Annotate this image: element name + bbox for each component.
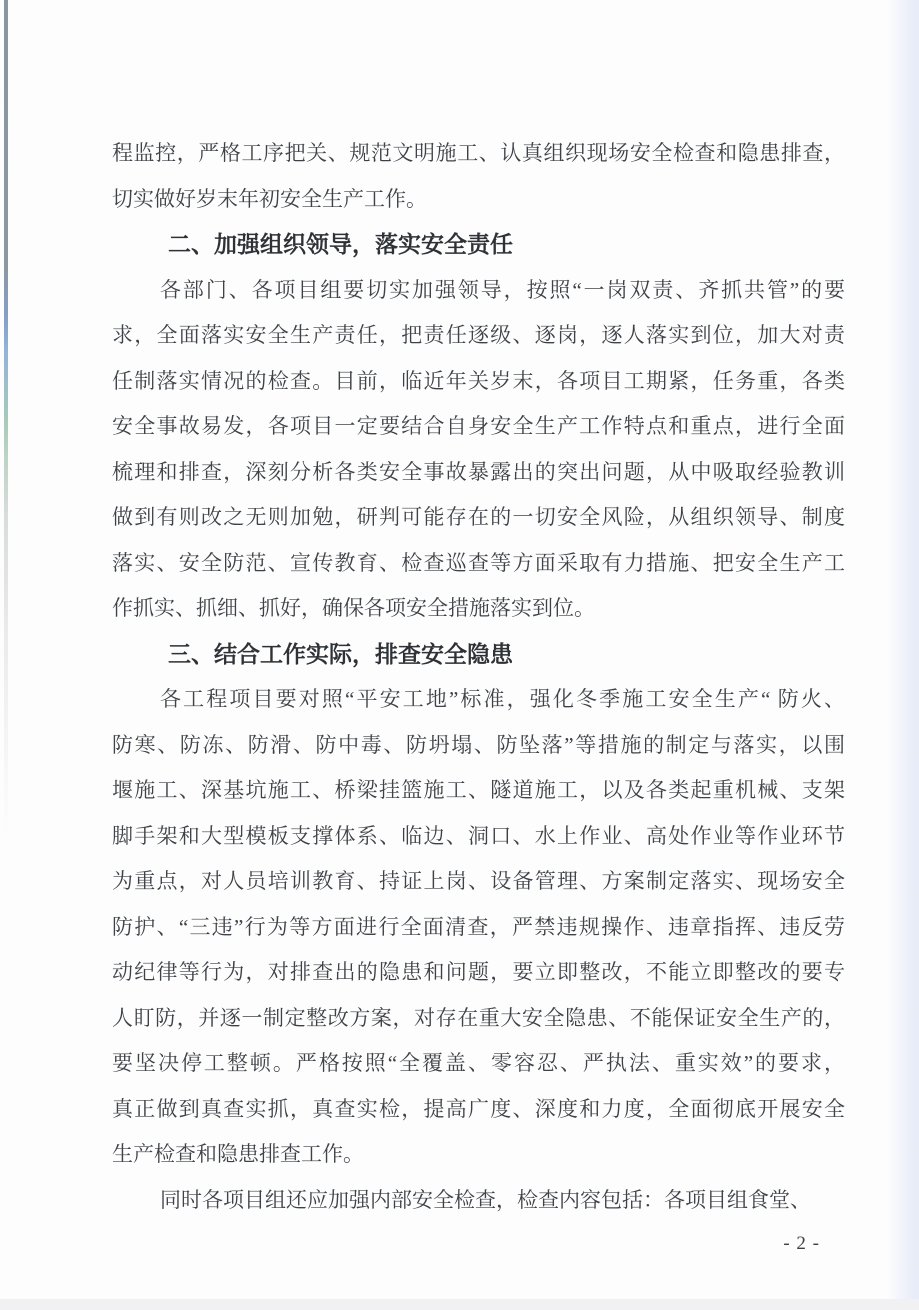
text-line: 切实做好岁末年初安全生产工作。: [112, 177, 845, 223]
text-line: 生产检查和隐患排查工作。: [112, 1132, 845, 1178]
text-line: 程监控，严格工序把关、规范文明施工、认真组织现场安全检查和隐患排查，: [112, 131, 845, 177]
text-line: 为重点，对人员培训教育、持证上岗、设备管理、方案制定落实、现场安全: [112, 859, 845, 905]
document-page: 程监控，严格工序把关、规范文明施工、认真组织现场安全检查和隐患排查， 切实做好岁…: [0, 0, 919, 1310]
right-edge-scan-shadow: [887, 0, 919, 1310]
body-paragraph-internal-check: 同时各项目组还应加强内部安全检查，检查内容包括：各项目组食堂、: [112, 1178, 845, 1224]
text-line: 防寒、防冻、防滑、防中毒、防坍塌、防坠落”等措施的制定与落实，以围: [112, 723, 845, 769]
text-line: 梳理和排查，深刻分析各类安全事故暴露出的突出问题，从中吸取经验教训: [112, 450, 845, 496]
text-line: 各工程项目要对照“平安工地”标准，强化冬季施工安全生产“ 防火、: [112, 677, 845, 723]
section-heading-3: 三、结合工作实际，排查安全隐患: [112, 632, 845, 678]
document-body: 程监控，严格工序把关、规范文明施工、认真组织现场安全检查和隐患排查， 切实做好岁…: [112, 131, 845, 1223]
heading-line: 三、结合工作实际，排查安全隐患: [112, 632, 845, 678]
heading-line: 二、加强组织领导，落实安全责任: [112, 222, 845, 268]
text-line: 安全事故易发，各项目一定要结合自身安全生产工作特点和重点，进行全面: [112, 404, 845, 450]
body-paragraph-inspection: 各工程项目要对照“平安工地”标准，强化冬季施工安全生产“ 防火、 防寒、防冻、防…: [112, 677, 845, 1178]
text-line: 做到有则改之无则加勉，研判可能存在的一切安全风险，从组织领导、制度: [112, 495, 845, 541]
text-line: 落实、安全防范、宣传教育、检查巡查等方面采取有力措施、把安全生产工: [112, 541, 845, 587]
text-line: 真正做到真查实抓，真查实检，提高广度、深度和力度，全面彻底开展安全: [112, 1087, 845, 1133]
text-line: 脚手架和大型模板支撑体系、临边、洞口、水上作业、高处作业等作业环节: [112, 814, 845, 860]
text-line: 要坚决停工整顿。严格按照“全覆盖、零容忍、严执法、重实效”的要求，: [112, 1041, 845, 1087]
section-heading-2: 二、加强组织领导，落实安全责任: [112, 222, 845, 268]
paragraph-continuation: 程监控，严格工序把关、规范文明施工、认真组织现场安全检查和隐患排查， 切实做好岁…: [112, 131, 845, 222]
text-line: 求，全面落实安全生产责任，把责任逐级、逐岗，逐人落实到位，加大对责: [112, 313, 845, 359]
text-line: 动纪律等行为，对排查出的隐患和问题，要立即整改，不能立即整改的要专: [112, 950, 845, 996]
text-line: 各部门、各项目组要切实加强领导，按照“一岗双责、齐抓共管”的要: [112, 268, 845, 314]
left-edge-scan-line: [4, 0, 8, 835]
bottom-edge-scan-shadow: [0, 1299, 919, 1310]
page-number: - 2 -: [783, 1233, 820, 1255]
text-line: 防护、“三违”行为等方面进行全面清查，严禁违规操作、违章指挥、违反劳: [112, 905, 845, 951]
text-line: 人盯防，并逐一制定整改方案，对存在重大安全隐患、不能保证安全生产的，: [112, 996, 845, 1042]
text-line: 作抓实、抓细、抓好，确保各项安全措施落实到位。: [112, 586, 845, 632]
text-line: 任制落实情况的检查。目前，临近年关岁末，各项目工期紧，任务重，各类: [112, 359, 845, 405]
text-line: 同时各项目组还应加强内部安全检查，检查内容包括：各项目组食堂、: [112, 1178, 845, 1224]
body-paragraph-organization: 各部门、各项目组要切实加强领导，按照“一岗双责、齐抓共管”的要 求，全面落实安全…: [112, 268, 845, 632]
text-line: 堰施工、深基坑施工、桥梁挂篮施工、隧道施工，以及各类起重机械、支架: [112, 768, 845, 814]
